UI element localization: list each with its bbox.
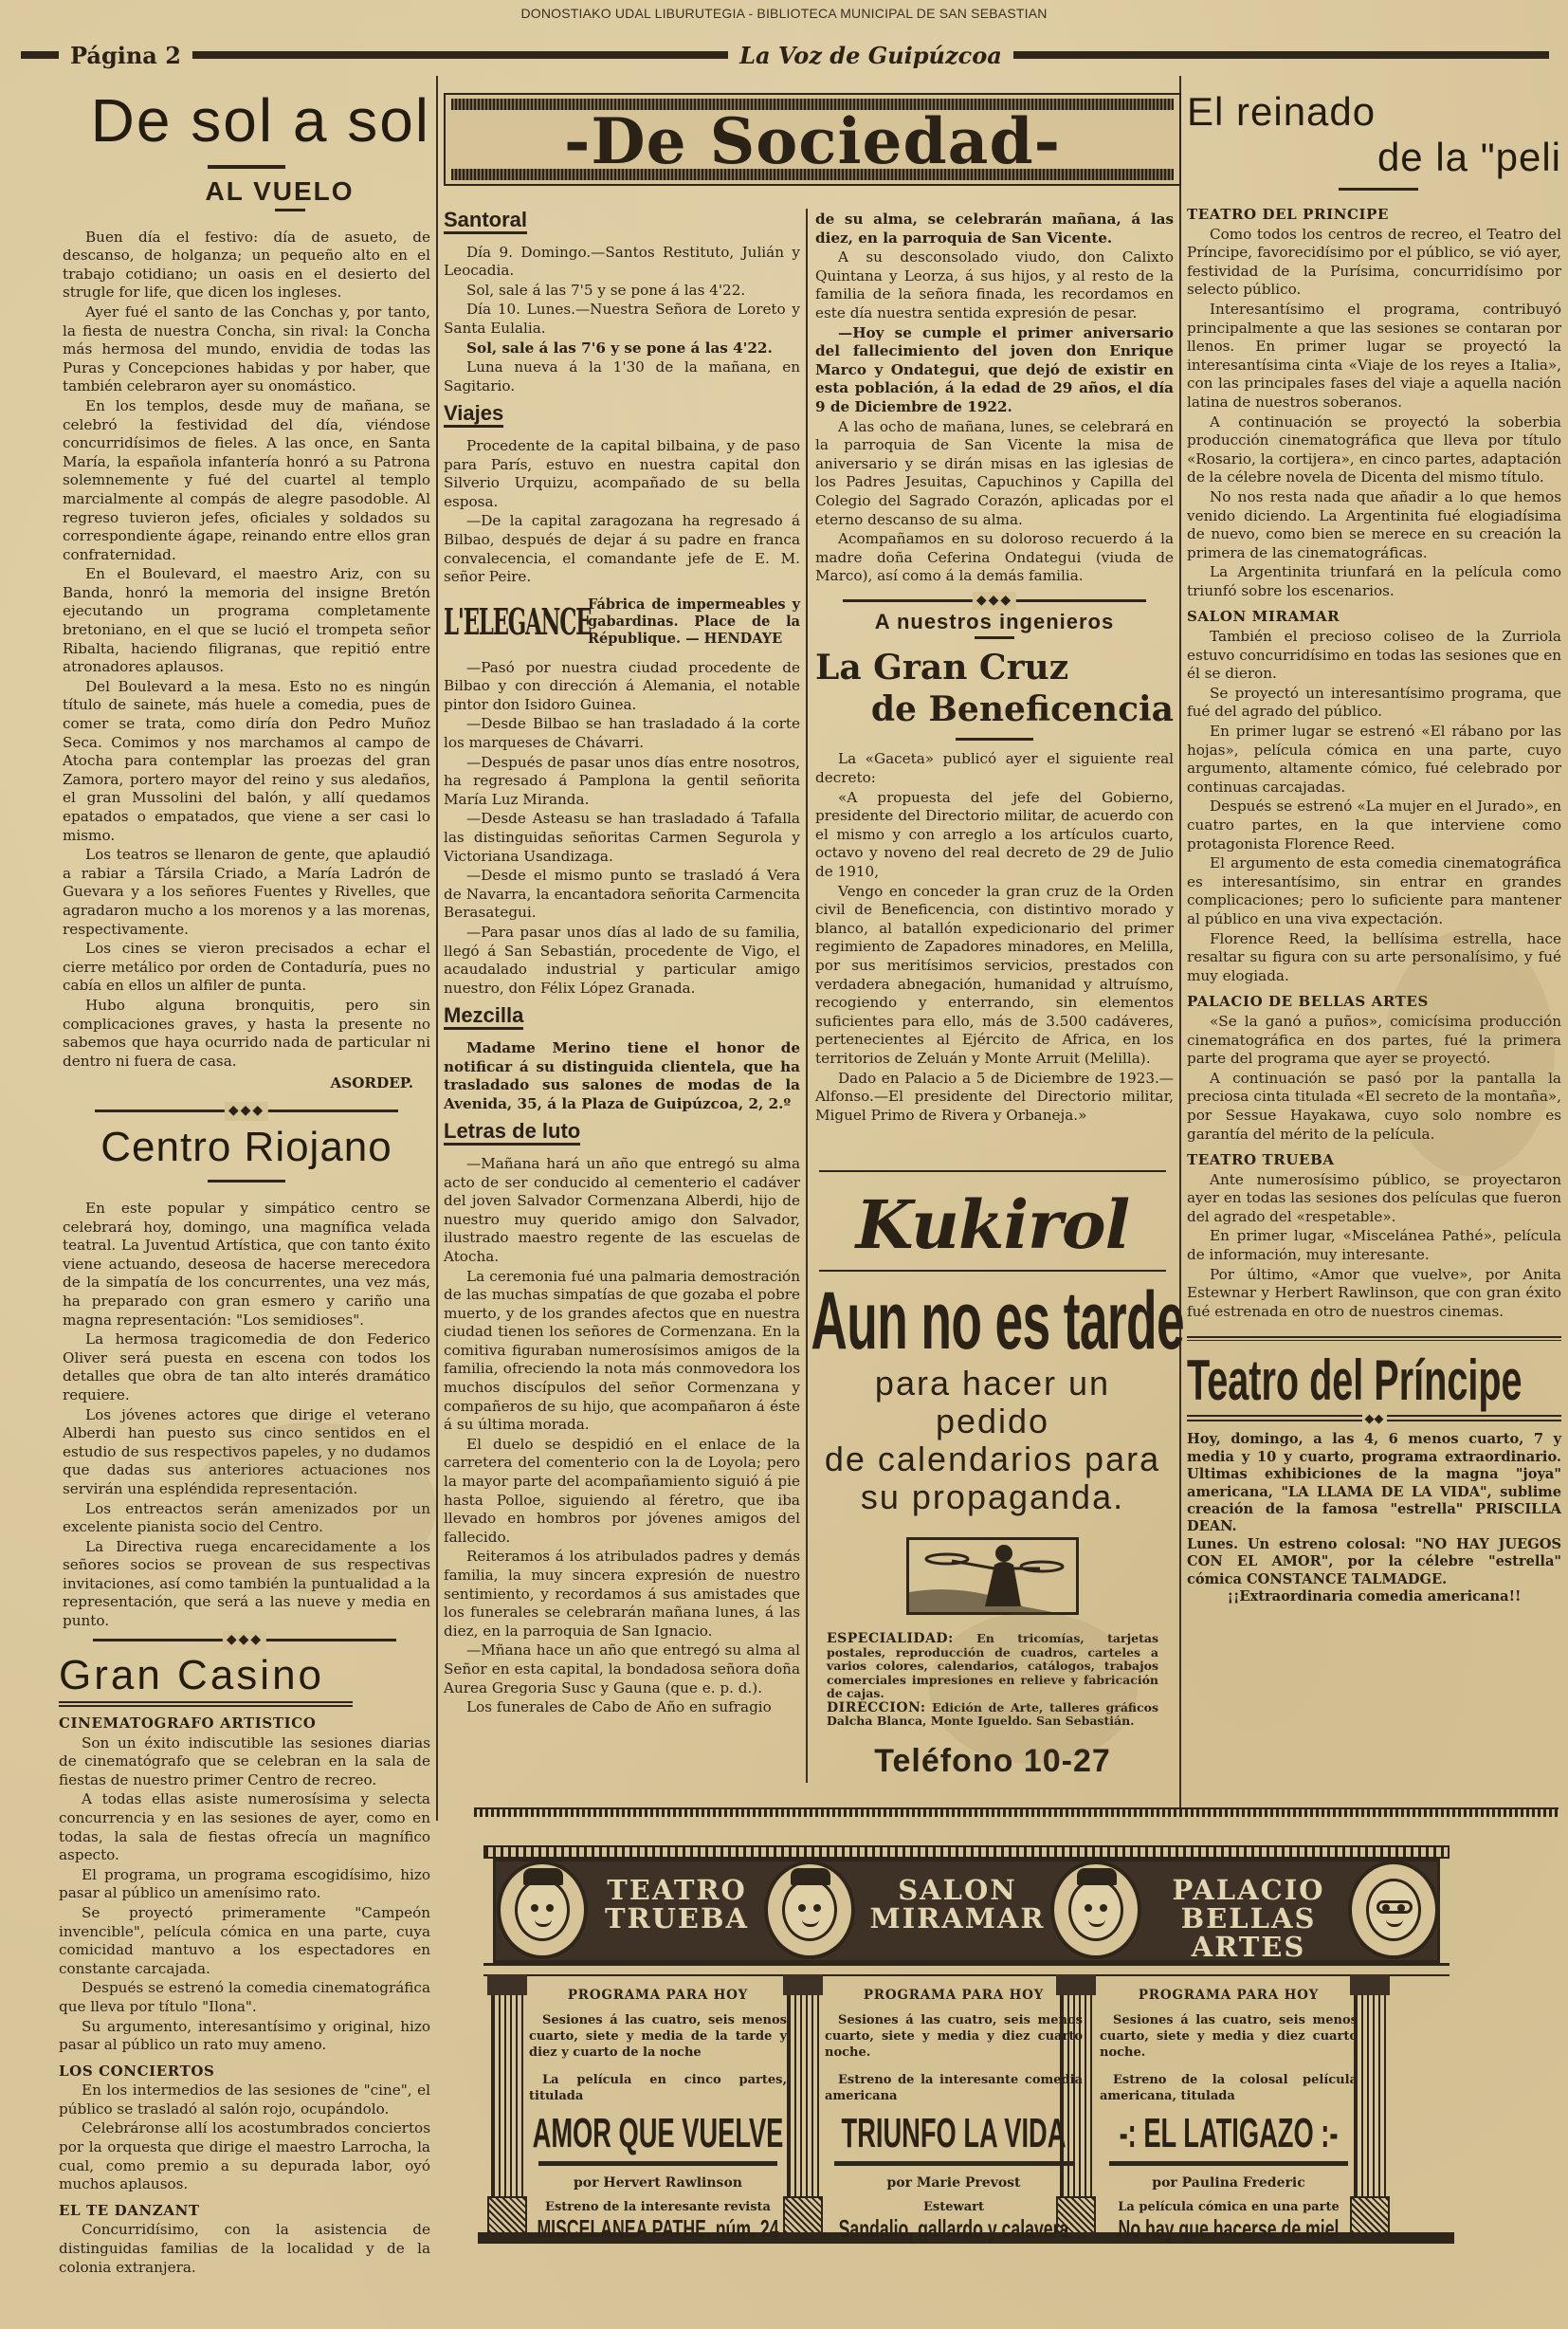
- paragraph: El programa, un programa escogidísimo, h…: [59, 1866, 430, 1903]
- paragraph: —Desde Bilbao se han trasladado á la cor…: [444, 715, 800, 752]
- paragraph: En los intermedios de las sesiones de "c…: [59, 2081, 430, 2118]
- address-text: DIRECCION: Edición de Arte, talleres grá…: [813, 1701, 1172, 1729]
- paragraph: En el Boulevard, el maestro Ariz, con su…: [63, 565, 430, 677]
- paragraph: Se proyectó un interesantísimo programa,…: [1187, 685, 1561, 722]
- ad-subline: su propaganda.: [813, 1478, 1172, 1516]
- article-el-reinado-de-la-peli: El reinado de la "peli TEATRO DEL PRINCI…: [1187, 89, 1561, 1606]
- phone-number: Teléfono 10-27: [813, 1743, 1172, 1780]
- section-heading: SALON MIRAMAR: [1187, 608, 1561, 627]
- zigzag-border: [474, 1807, 1559, 1817]
- banner-band: [451, 169, 1174, 180]
- theater-name: TEATROTRUEBA: [592, 1876, 762, 1933]
- santoral-line: Día 9. Domingo.—Santos Restituto, Julián…: [444, 244, 800, 281]
- paragraph: También el precioso coliseo de la Zurrio…: [1187, 628, 1561, 684]
- column-pillar: [491, 1976, 523, 2234]
- santoral-line: Sol, sale á las 7'6 y se pone á las 4'22…: [444, 339, 800, 358]
- paragraph: No nos resta nada que añadir a lo que he…: [1187, 488, 1561, 562]
- paragraph: Como todos los centros de recreo, el Tea…: [1187, 226, 1561, 300]
- masthead-rule: [192, 51, 728, 59]
- section-heading: PALACIO DE BELLAS ARTES: [1187, 993, 1561, 1012]
- paragraph: —Desde Asteasu se han trasladado á Tafal…: [444, 810, 800, 866]
- paragraph: En primer lugar se estrenó «El rábano po…: [1187, 723, 1561, 797]
- masthead-rule: [21, 51, 59, 59]
- kukirol-logo: Kukirol: [813, 1185, 1172, 1264]
- paragraph: A continuación se proyectó la soberbia p…: [1187, 413, 1561, 487]
- portrait-medallion: [1348, 1861, 1439, 1959]
- kicker: A nuestros ingenieros: [815, 613, 1174, 632]
- subheadline: AL VUELO: [129, 182, 430, 201]
- paragraph: Vengo en conceder la gran cruz de la Ord…: [815, 883, 1174, 1069]
- paragraph: La Argentinita triunfará en la película …: [1187, 563, 1561, 600]
- section-heading: LOS CONCIERTOS: [59, 2063, 430, 2081]
- paragraph: Los teatros se llenaron de gente, que ap…: [63, 846, 430, 939]
- paragraph: Se proyectó primeramente "Campeón invenc…: [59, 1904, 430, 1978]
- paragraph: —Pasó por nuestra ciudad procedente de B…: [444, 659, 800, 715]
- ad-paragraph: Lunes. Un estreno colosal: "NO HAY JUEGO…: [1187, 1536, 1561, 1588]
- program-panel-miramar: PROGRAMA PARA HOY Sesiones á las cuatro,…: [825, 1988, 1083, 2243]
- paragraph: —Desde el mismo punto se trasladó á Vera…: [444, 867, 800, 923]
- section-heading-viajes: Viajes: [444, 404, 503, 428]
- section-heading: CINEMATOGRAFO ARTISTICO: [59, 1715, 430, 1733]
- paragraph: Hubo alguna bronquitis, pero sin complic…: [63, 997, 430, 1071]
- elegance-ad-text: Fábrica de impermeables y gabardinas. Pl…: [588, 596, 800, 648]
- divider: [208, 165, 285, 169]
- signature: ASORDEP.: [63, 1074, 430, 1093]
- divider: [59, 1701, 353, 1707]
- paragraph: La ceremonia fué una palmaria demostraci…: [444, 1268, 800, 1435]
- paragraph: La hermosa tragicomedia de don Federico …: [63, 1330, 430, 1404]
- paragraph: En los templos, desde muy de mañana, se …: [63, 397, 430, 564]
- column-divider: [1179, 76, 1181, 1811]
- paragraph: Son un éxito indiscutible las sesiones d…: [59, 1734, 430, 1790]
- headline: Gran Casino: [59, 1652, 430, 1699]
- ornament-divider: ◆◆◆: [93, 1635, 396, 1644]
- headline: Centro Riojano: [63, 1123, 430, 1172]
- ornament-divider: ◆◆: [1187, 1415, 1561, 1421]
- paragraph: Por último, «Amor que vuelve», por Anita…: [1187, 1266, 1561, 1322]
- chaplin-portrait-icon: [1068, 1879, 1123, 1941]
- paragraph: A su desconsolado viudo, don Calixto Qui…: [815, 248, 1174, 322]
- ad-subline: de calendarios para: [813, 1440, 1172, 1478]
- paragraph: Su argumento, interesantísimo y original…: [59, 2018, 430, 2055]
- paragraph: Los jóvenes actores que dirige el vetera…: [63, 1406, 430, 1499]
- paragraph: Reiteramos á los atribulados padres y de…: [444, 1548, 800, 1641]
- column-pillar: [787, 1976, 819, 2234]
- teatro-principe-ad-title: Teatro del Príncipe: [1187, 1350, 1434, 1411]
- column-divider: [806, 209, 808, 1783]
- cornice: [483, 1845, 1449, 1859]
- divider: [956, 738, 1033, 741]
- paragraph: A todas ellas asiste numerosísima y sele…: [59, 1790, 430, 1864]
- de-sociedad-column-1: Santoral Día 9. Domingo.—Santos Restitut…: [444, 203, 800, 1718]
- teatro-principe-ad-body: Hoy, domingo, a las 4, 6 menos cuarto, 7…: [1187, 1431, 1561, 1605]
- article-gran-casino: ◆◆◆ Gran Casino CINEMATOGRAFO ARTISTICO …: [59, 1627, 430, 2278]
- paragraph: Acompañamos en su doloroso recuerdo á la…: [815, 530, 1174, 586]
- de-sociedad-banner: -De Sociedad-: [444, 93, 1181, 186]
- program-panel-bellas-artes: PROGRAMA PARA HOY Sesiones á las cuatro,…: [1100, 1988, 1358, 2243]
- paragraph: Ante numerosísimo público, se proyectaro…: [1187, 1171, 1561, 1227]
- divider: [208, 1180, 285, 1183]
- headline: La Gran Cruz: [815, 647, 1174, 688]
- ad-subline: para hacer un pedido: [813, 1365, 1172, 1440]
- section-heading-santoral: Santoral: [444, 211, 527, 234]
- paragraph: —Después de pasar unos días entre nosotr…: [444, 754, 800, 810]
- paragraph: Celebráronse allí los acostumbrados conc…: [59, 2119, 430, 2193]
- masthead-rule: [1013, 51, 1549, 59]
- archive-header: DONOSTIAKO UDAL LIBURUTEGIA - BIBLIOTECA…: [0, 6, 1568, 21]
- ornament-divider: ◆◆◆: [95, 1106, 398, 1115]
- paragraph: Interesantísimo el programa, contribuyó …: [1187, 301, 1561, 413]
- portrait-medallion: [764, 1861, 855, 1959]
- grinning-man-portrait-icon: [782, 1879, 837, 1941]
- entablature: [483, 1963, 1449, 1976]
- column-divider: [436, 76, 438, 1821]
- waitress-illustration: [906, 1537, 1079, 1615]
- paragraph: Ayer fué el santo de las Conchas y, por …: [63, 303, 430, 396]
- santoral-line: Día 10. Lunes.—Nuestra Señora de Loreto …: [444, 301, 800, 338]
- paragraph: —Mñana hace un año que entregó su alma a…: [444, 1641, 800, 1697]
- paragraph: Concurridísimo, con la asistencia de dis…: [59, 2221, 430, 2277]
- paragraph: La Directiva ruega encarecidamente a los…: [63, 1538, 430, 1631]
- portrait-medallion: [497, 1861, 588, 1959]
- page-number: Página 2: [70, 42, 181, 69]
- paragraph: Dado en Palacio a 5 de Diciembre de 1923…: [815, 1070, 1174, 1126]
- paragraph: «A propuesta del jefe del Gobierno, pres…: [815, 789, 1174, 882]
- section-heading-letras-de-luto: Letras de luto: [444, 1122, 580, 1146]
- paragraph: Procedente de la capital bilbaina, y de …: [444, 437, 800, 511]
- section-heading: TEATRO DEL PRINCIPE: [1187, 206, 1561, 225]
- paragraph: A las ocho de mañana, lunes, se celebrar…: [815, 418, 1174, 530]
- de-sociedad-column-2: de su alma, se celebrarán mañana, á las …: [815, 211, 1174, 1126]
- theater-name: PALACIOBELLAS ARTES: [1149, 1876, 1348, 1961]
- paragraph: Después se estrenó la comedia cinematogr…: [59, 1979, 430, 2016]
- portrait-medallion: [1050, 1861, 1141, 1959]
- elegance-logo: L'ELEGANCE: [444, 613, 501, 632]
- paragraph: En primer lugar, «Miscelánea Pathé», pel…: [1187, 1227, 1561, 1264]
- spectacled-man-portrait-icon: [1366, 1879, 1421, 1941]
- divider: [975, 636, 1014, 639]
- ad-paragraph: Hoy, domingo, a las 4, 6 menos cuarto, 7…: [1187, 1431, 1561, 1535]
- santoral-line: Luna nueva á la 1'30 de la mañana, en Sa…: [444, 358, 800, 395]
- film-title: -: EL LATIGAZO :-: [1102, 2110, 1356, 2157]
- divider: [275, 209, 305, 211]
- smiling-boy-portrait-icon: [515, 1879, 570, 1941]
- ad-tagline: ¡¡Extraordinaria comedia americana!!: [1187, 1588, 1561, 1605]
- ornament-divider: ◆◆◆: [843, 596, 1146, 605]
- section-heading-mezcilla: Mezcilla: [444, 1006, 523, 1030]
- masthead: Página 2 La Voz de Guipúzcoa: [21, 42, 1549, 68]
- paragraph: La «Gaceta» publicó ayer el siguiente re…: [815, 750, 1174, 787]
- specialty-text: ESPECIALIDAD: En tricomías, tarjetas pos…: [813, 1632, 1172, 1701]
- paragraph: Después se estrenó «La mujer en el Jurad…: [1187, 798, 1561, 853]
- paragraph: de su alma, se celebrarán mañana, á las …: [815, 211, 1174, 248]
- elegance-ad: L'ELEGANCE Fábrica de impermeables y gab…: [444, 596, 800, 648]
- divider: [819, 1170, 1166, 1172]
- headline: de Beneficencia: [815, 688, 1174, 730]
- paragraph: En este popular y simpático centro se ce…: [63, 1200, 430, 1330]
- paragraph: Buen día el festivo: día de asueto, de d…: [63, 229, 430, 303]
- paragraph: El argumento de esta comedia cinematográ…: [1187, 854, 1561, 928]
- paragraph: Florence Reed, la bellísima estrella, ha…: [1187, 930, 1561, 986]
- newspaper-name: La Voz de Guipúzcoa: [739, 42, 1002, 69]
- headline: De sol a sol: [63, 87, 430, 154]
- program-panel-trueba: PROGRAMA PARA HOY Sesiones á las cuatro,…: [529, 1988, 787, 2243]
- headline: de la "peli: [1187, 135, 1561, 180]
- paragraph: —De la capital zaragozana ha regresado á…: [444, 512, 800, 586]
- paragraph: Del Boulevard a la mesa. Esto no es ning…: [63, 678, 430, 845]
- film-title: TRIUNFO LA VIDA: [827, 2110, 1081, 2157]
- santoral-line: Sol, sale á las 7'5 y se pone á las 4'22…: [444, 282, 800, 301]
- column-pillar: [1354, 1976, 1386, 2234]
- divider: [1339, 188, 1418, 191]
- divider: [819, 1270, 1166, 1272]
- section-heading: EL TE DANZANT: [59, 2202, 430, 2221]
- ad-headline: Aun no es tarde: [811, 1277, 1174, 1365]
- paragraph: Los entreactos serán amenizados por un e…: [63, 1500, 430, 1537]
- paragraph: Los cines se vieron precisados a echar e…: [63, 940, 430, 996]
- paragraph: A continuación se pasó por la pantalla l…: [1187, 1070, 1561, 1144]
- section-title: -De Sociedad-: [446, 112, 1179, 171]
- article-centro-riojano: ◆◆◆ Centro Riojano En este popular y sim…: [63, 1098, 430, 1632]
- paragraph: —Mañana hará un año que entregó su alma …: [444, 1155, 800, 1267]
- paragraph: —Para pasar unos días al lado de su fami…: [444, 924, 800, 998]
- paragraph: —Hoy se cumple el primer aniversario del…: [815, 324, 1174, 417]
- film-title: AMOR QUE VUELVE: [531, 2110, 785, 2157]
- section-heading: TEATRO TRUEBA: [1187, 1151, 1561, 1170]
- theaters-advertisement: TEATROTRUEBA SALONMIRAMAR PALACIOBELLAS …: [474, 1828, 1540, 2246]
- paragraph: Los funerales de Cabo de Año en sufragio: [444, 1698, 800, 1717]
- paragraph: Madame Merino tiene el honor de notifica…: [444, 1039, 800, 1113]
- headline: El reinado: [1187, 89, 1561, 135]
- paragraph: «Se la ganó a puños», comicísima producc…: [1187, 1013, 1561, 1069]
- paragraph: El duelo se despidió en el enlace de la …: [444, 1436, 800, 1548]
- article-de-sol-a-sol: De sol a sol AL VUELO Buen día el festiv…: [63, 87, 430, 1093]
- kukirol-advertisement: Kukirol Aun no es tarde para hacer un pe…: [813, 1164, 1172, 1771]
- divider: [1187, 1336, 1561, 1341]
- theater-name: SALONMIRAMAR: [863, 1876, 1052, 1933]
